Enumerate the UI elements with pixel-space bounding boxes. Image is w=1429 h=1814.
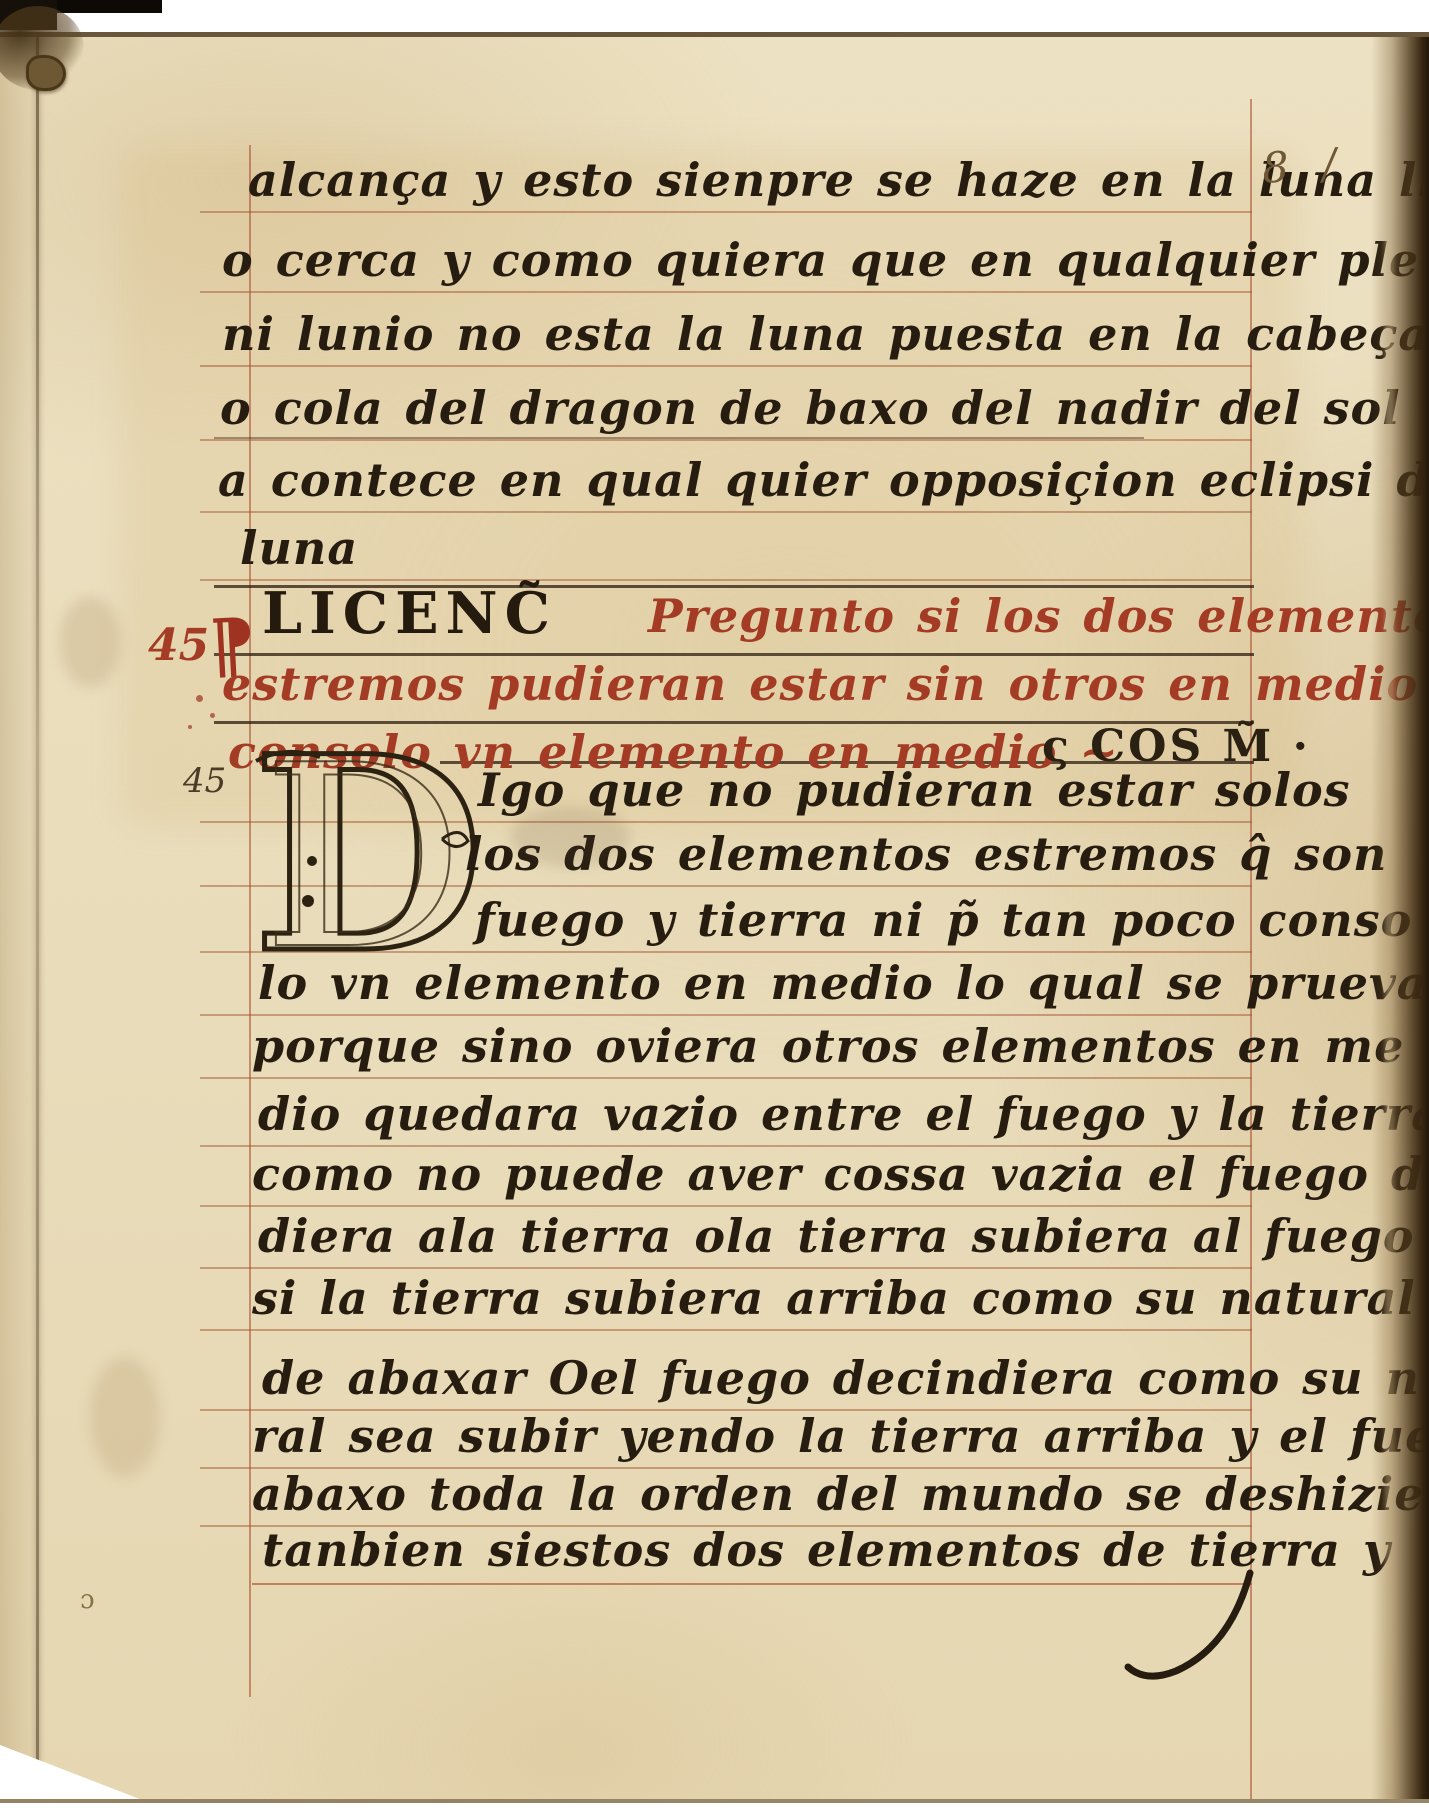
margin-paragraph-number: 45: [183, 761, 226, 801]
rubric-red-text: Pregunto si los dos elementos: [648, 589, 1429, 643]
ruled-line: [200, 211, 1252, 213]
ruled-line: [200, 439, 1252, 441]
dark-ruled-line: [214, 437, 1144, 439]
pen-flourish: [1080, 1567, 1260, 1687]
folio-number: 8 /: [1260, 138, 1347, 193]
ink-speck: [210, 713, 215, 718]
parchment-stain: [60, 597, 120, 687]
text-line: ni lunio no esta la luna puesta en la ca…: [222, 311, 1429, 357]
ink-speck: [188, 725, 192, 729]
ruled-line: [200, 511, 1252, 513]
ruled-line: [200, 1014, 1252, 1016]
text-line: de abaxar Oel fuego decindiera como su n…: [262, 1355, 1429, 1401]
gutter-shading: [0, 37, 34, 1799]
margin-bottom-mark: ɔ: [80, 1585, 95, 1615]
svg-text:D: D: [262, 743, 464, 983]
text-line: o cola del dragon de baxo del nadir del …: [220, 385, 1429, 431]
rubric-red-text: estremos pudieran estar sin otros en med…: [222, 657, 1429, 711]
text-line: ral sea subir yendo la tierra arriba y e…: [252, 1413, 1429, 1459]
ruled-line: [200, 291, 1252, 293]
page-corner-curl: [0, 1745, 150, 1803]
parchment-stain: [90, 1357, 160, 1477]
ruled-line: [200, 1267, 1252, 1269]
text-line: a contece en qual quier opposiçion eclip…: [218, 457, 1429, 503]
text-line: o cerca y como quiera que en qualquier p…: [222, 237, 1419, 283]
ruled-line: [200, 1205, 1252, 1207]
page-deckle-edge: [1371, 37, 1429, 1799]
text-line: fuego y tierra ni p̃ tan poco conso: [475, 897, 1412, 943]
ink-smudge: [510, 807, 630, 867]
binding-tie: [26, 55, 66, 91]
manuscript-page: alcança y esto sienpre se haze en la lun…: [0, 32, 1429, 1803]
text-line: alcança y esto sienpre se haze en la lun…: [248, 157, 1429, 203]
text-line: si la tierra subiera arriba como su natu…: [252, 1275, 1429, 1321]
text-line: diera ala tierra ola tierra subiera al f…: [258, 1213, 1429, 1259]
rubric-chapter-label: LICENC̃: [262, 585, 557, 642]
manuscript-scan: alcança y esto sienpre se haze en la lun…: [0, 0, 1429, 1814]
text-line: lo vn elemento en medio lo qual se pruev…: [258, 960, 1428, 1006]
text-line: dio quedara vazio entre el fuego y la ti…: [258, 1091, 1429, 1137]
ruled-line: [200, 365, 1252, 367]
rubric-question-line-2: estremos pudieran estar sin otros en med…: [222, 657, 1429, 711]
dark-ruled-line: [214, 653, 1254, 656]
binding-gutter-seam: [36, 37, 39, 1799]
margin-chapter-number-red: 45: [148, 620, 209, 671]
ruled-line: [200, 1329, 1252, 1331]
text-line: Igo que no pudieran estar solos: [478, 767, 1351, 813]
rubric-question-line-1: Pregunto si los dos elementos: [648, 589, 1429, 643]
text-line: como no puede aver cossa vazia el fuego …: [252, 1151, 1429, 1197]
text-line: luna: [240, 525, 358, 571]
initial-capital-d: D D: [246, 743, 476, 983]
ink-speck: [196, 695, 203, 702]
ruled-line: [200, 1077, 1252, 1079]
text-line: abaxo toda la orden del mundo se deshizi…: [252, 1471, 1429, 1517]
text-line: porque sino oviera otros elementos en me: [252, 1023, 1404, 1069]
